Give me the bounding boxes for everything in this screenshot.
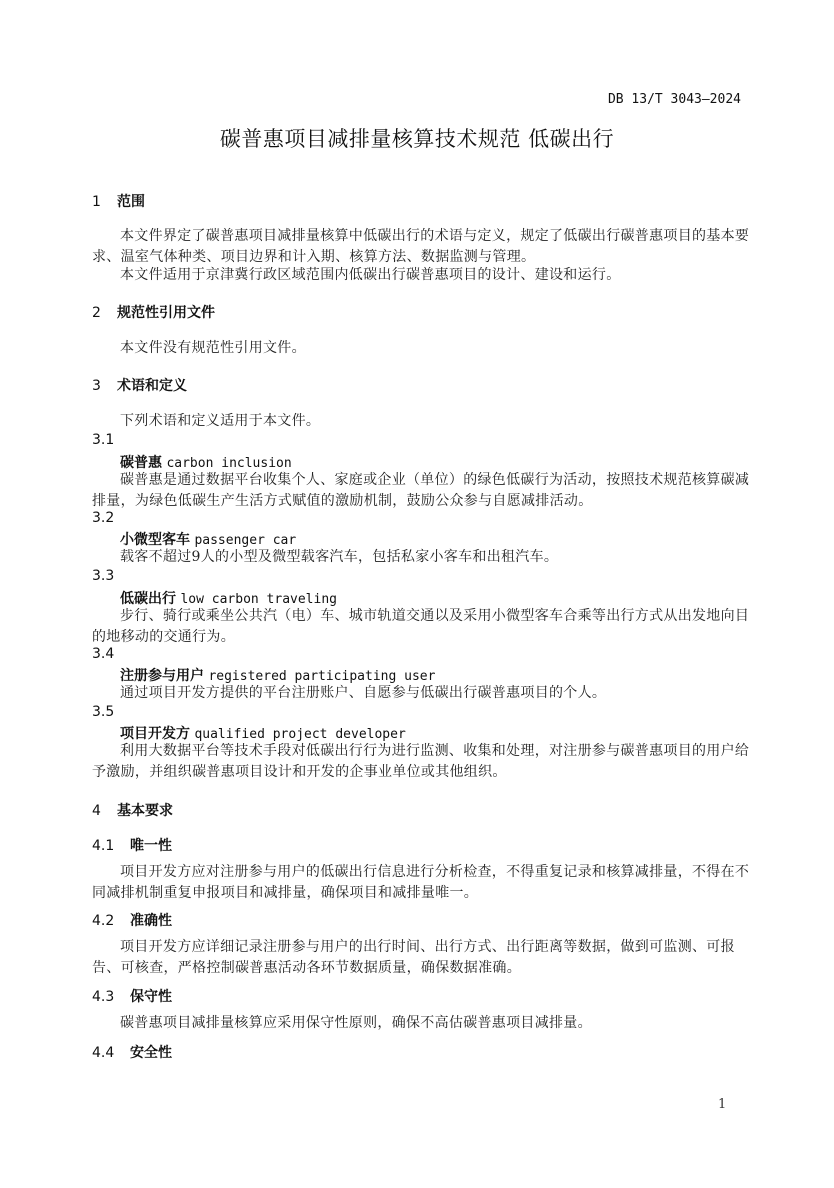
term-heading: 碳普惠 carbon inclusion [120,452,292,472]
section-number: 4 [92,803,117,819]
section-title: 规范性引用文件 [117,305,215,321]
term-definition: 步行、骑行或乘坐公共汽（电）车、城市轨道交通以及采用小微型客车合乘等出行方式从出… [92,606,752,648]
term-number: 3.1 [92,432,114,448]
section-number: 1 [92,194,117,210]
term-heading: 项目开发方 qualified project developer [120,723,406,743]
subsection-heading: 4.2准确性 [92,910,172,930]
section-3-heading: 3术语和定义 [92,375,187,395]
term-number: 3.4 [92,646,114,662]
paragraph: 项目开发方应详细记录注册参与用户的出行时间、出行方式、出行距离等数据，做到可监测… [92,937,752,979]
term-number: 3.3 [92,568,114,584]
term-heading: 小微型客车 passenger car [120,529,296,549]
section-title: 基本要求 [117,803,173,819]
term-definition: 利用大数据平台等技术手段对低碳出行行为进行监测、收集和处理，对注册参与碳普惠项目… [92,741,752,783]
term-definition: 载客不超过9人的小型及微型载客汽车，包括私家小客车和出租汽车。 [92,547,752,568]
section-number: 3 [92,378,117,394]
section-1-heading: 1范围 [92,191,145,211]
section-4-heading: 4基本要求 [92,800,173,820]
term-definition: 通过项目开发方提供的平台注册账户、自愿参与低碳出行碳普惠项目的个人。 [92,683,752,704]
section-number: 2 [92,305,117,321]
paragraph: 下列术语和定义适用于本文件。 [92,411,752,432]
term-heading: 注册参与用户 registered participating user [120,665,435,685]
subsection-heading: 4.4安全性 [92,1042,172,1062]
section-title: 术语和定义 [117,378,187,394]
page-number: 1 [718,1097,726,1112]
term-definition: 碳普惠是通过数据平台收集个人、家庭或企业（单位）的绿色低碳行为活动，按照技术规范… [92,470,752,512]
subsection-heading: 4.3保守性 [92,986,172,1006]
paragraph: 本文件没有规范性引用文件。 [92,338,752,359]
section-2-heading: 2规范性引用文件 [92,302,215,322]
term-heading: 低碳出行 low carbon traveling [120,588,337,608]
paragraph: 本文件界定了碳普惠项目减排量核算中低碳出行的术语与定义，规定了低碳出行碳普惠项目… [92,226,752,268]
paragraph: 本文件适用于京津冀行政区域范围内低碳出行碳普惠项目的设计、建设和运行。 [92,265,752,286]
paragraph: 碳普惠项目减排量核算应采用保守性原则，确保不高估碳普惠项目减排量。 [92,1013,752,1034]
term-number: 3.2 [92,510,114,526]
paragraph: 项目开发方应对注册参与用户的低碳出行信息进行分析检查，不得重复记录和核算减排量，… [92,862,752,904]
page-title: 碳普惠项目减排量核算技术规范 低碳出行 [0,123,834,153]
term-number: 3.5 [92,704,114,720]
section-title: 范围 [117,194,145,210]
document-number: DB 13/T 3043—2024 [608,92,741,107]
subsection-heading: 4.1唯一性 [92,835,172,855]
